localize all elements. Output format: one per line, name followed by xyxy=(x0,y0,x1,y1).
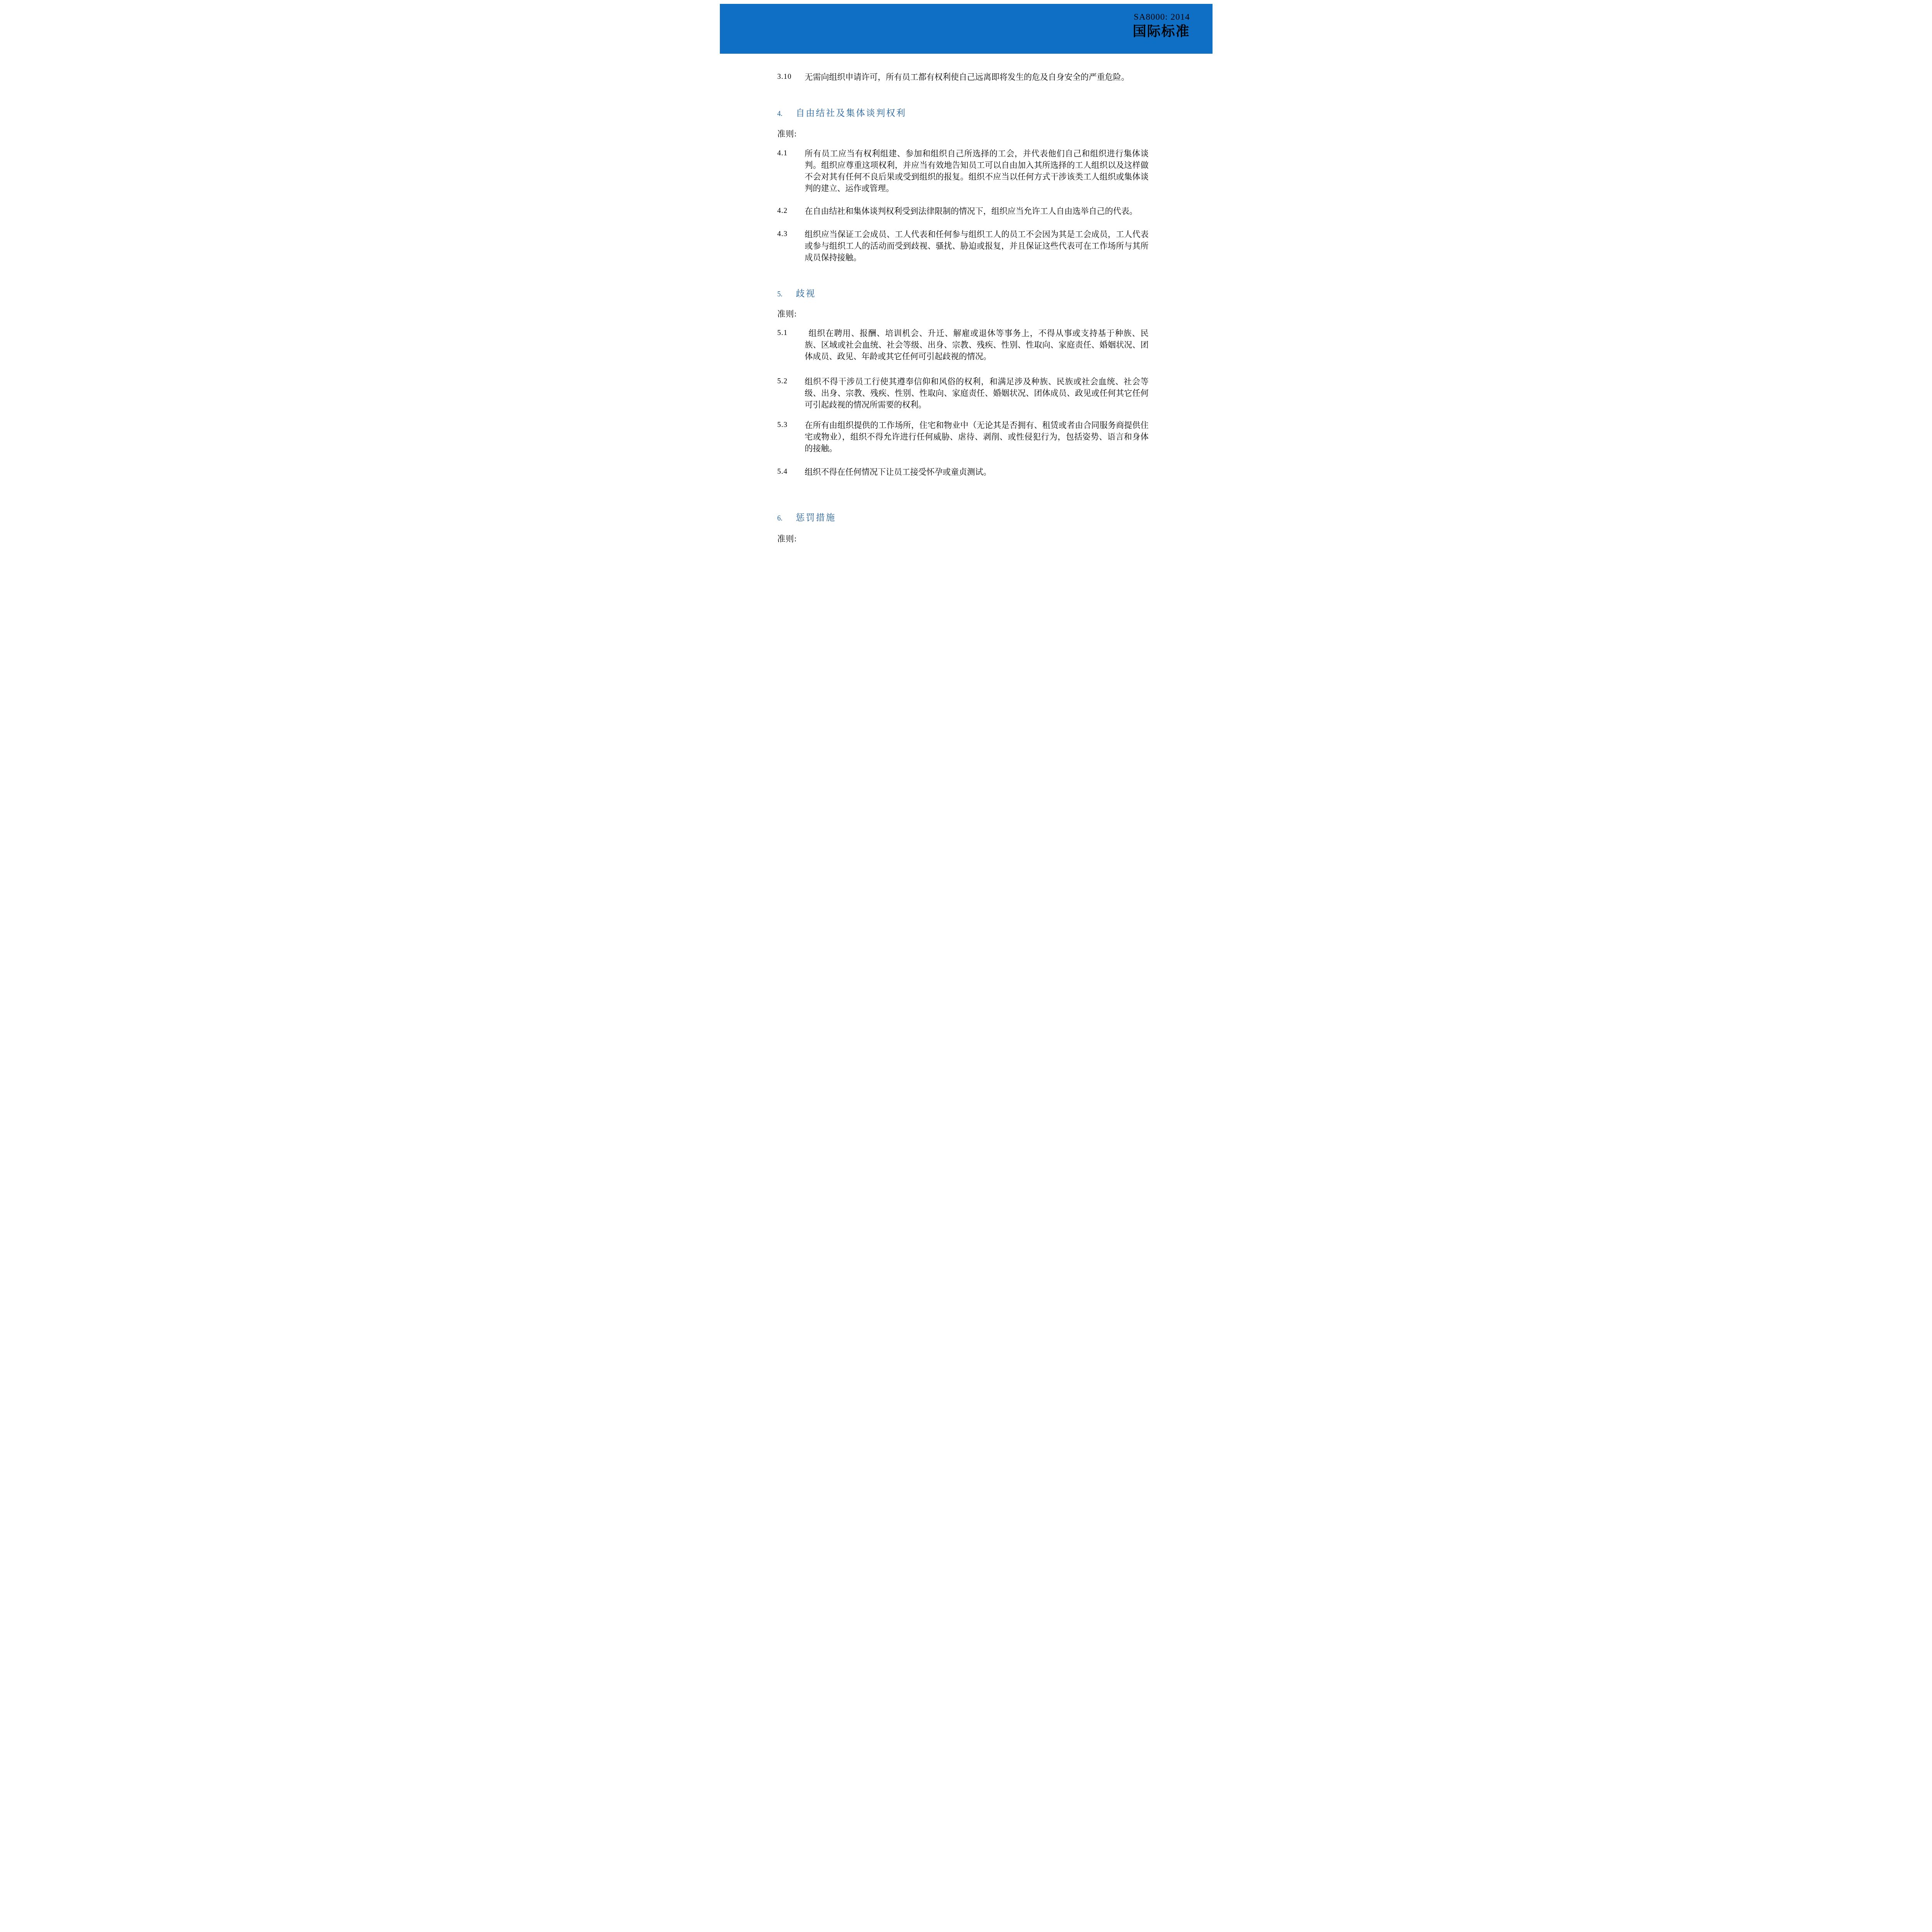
criteria-label: 准则: xyxy=(777,308,1149,320)
clause-5-2: 5.2 组织不得干涉员工行使其遵奉信仰和风俗的权利，和满足涉及种族、民族或社会血… xyxy=(777,376,1149,410)
document-body: 3.10 无需向组织申请许可，所有员工都有权利使自己远离即将发生的危及自身安全的… xyxy=(777,54,1149,544)
clause-text: 所有员工应当有权利组建、参加和组织自己所选择的工会，并代表他们自己和组织进行集体… xyxy=(805,148,1149,194)
clause-text: 在自由结社和集体谈判权利受到法律限制的情况下，组织应当允许工人自由选举自己的代表… xyxy=(805,205,1149,217)
clause-number: 4.1 xyxy=(777,148,805,194)
criteria-label: 准则: xyxy=(777,533,1149,544)
section-title: 惩罚措施 xyxy=(796,511,836,525)
clause-4-1: 4.1 所有员工应当有权利组建、参加和组织自己所选择的工会，并代表他们自己和组织… xyxy=(777,148,1149,194)
section-title: 歧视 xyxy=(796,287,816,301)
section-heading-4: 4. 自由结社及集体谈判权利 xyxy=(777,106,1149,121)
document-page: SA8000: 2014 国际标准 3.10 无需向组织申请许可，所有员工都有权… xyxy=(720,0,1213,638)
clause-text: 组织应当保证工会成员、工人代表和任何参与组织工人的员工不会因为其是工会成员，工人… xyxy=(805,228,1149,263)
clause-4-3: 4.3 组织应当保证工会成员、工人代表和任何参与组织工人的员工不会因为其是工会成… xyxy=(777,228,1149,263)
clause-number: 5.4 xyxy=(777,466,805,478)
clause-text: 无需向组织申请许可，所有员工都有权利使自己远离即将发生的危及自身安全的严重危险。 xyxy=(805,71,1149,83)
section-heading-6: 6. 惩罚措施 xyxy=(777,511,1149,525)
clause-number: 4.2 xyxy=(777,205,805,217)
section-title: 自由结社及集体谈判权利 xyxy=(796,106,906,120)
clause-text: 组织不得干涉员工行使其遵奉信仰和风俗的权利，和满足涉及种族、民族或社会血统、社会… xyxy=(805,376,1149,410)
clause-4-2: 4.2 在自由结社和集体谈判权利受到法律限制的情况下，组织应当允许工人自由选举自… xyxy=(777,205,1149,217)
criteria-label: 准则: xyxy=(777,128,1149,139)
standard-title: 国际标准 xyxy=(1133,22,1190,41)
clause-text: 组织不得在任何情况下让员工接受怀孕或童贞测试。 xyxy=(805,466,1149,478)
section-number: 6. xyxy=(777,511,796,525)
clause-5-4: 5.4 组织不得在任何情况下让员工接受怀孕或童贞测试。 xyxy=(777,466,1149,478)
clause-5-3: 5.3 在所有由组织提供的工作场所，住宅和物业中（无论其是否拥有、租赁或者由合同… xyxy=(777,419,1149,454)
clause-5-1: 5.1 组织在聘用、报酬、培训机会、升迁、解雇或退休等事务上，不得从事或支持基于… xyxy=(777,327,1149,362)
header-band: SA8000: 2014 国际标准 xyxy=(720,4,1213,54)
clause-number: 3.10 xyxy=(777,71,805,83)
clause-number: 4.3 xyxy=(777,228,805,263)
clause-text: 组织在聘用、报酬、培训机会、升迁、解雇或退休等事务上，不得从事或支持基于种族、民… xyxy=(805,327,1149,362)
clause-text: 在所有由组织提供的工作场所，住宅和物业中（无论其是否拥有、租赁或者由合同服务商提… xyxy=(805,419,1149,454)
clause-number: 5.3 xyxy=(777,419,805,454)
section-heading-5: 5. 歧视 xyxy=(777,287,1149,301)
clause-3-10: 3.10 无需向组织申请许可，所有员工都有权利使自己远离即将发生的危及自身安全的… xyxy=(777,71,1149,83)
standard-code: SA8000: 2014 xyxy=(1134,12,1190,22)
clause-number: 5.2 xyxy=(777,376,805,410)
section-number: 4. xyxy=(777,107,796,121)
clause-number: 5.1 xyxy=(777,327,805,362)
section-number: 5. xyxy=(777,287,796,301)
